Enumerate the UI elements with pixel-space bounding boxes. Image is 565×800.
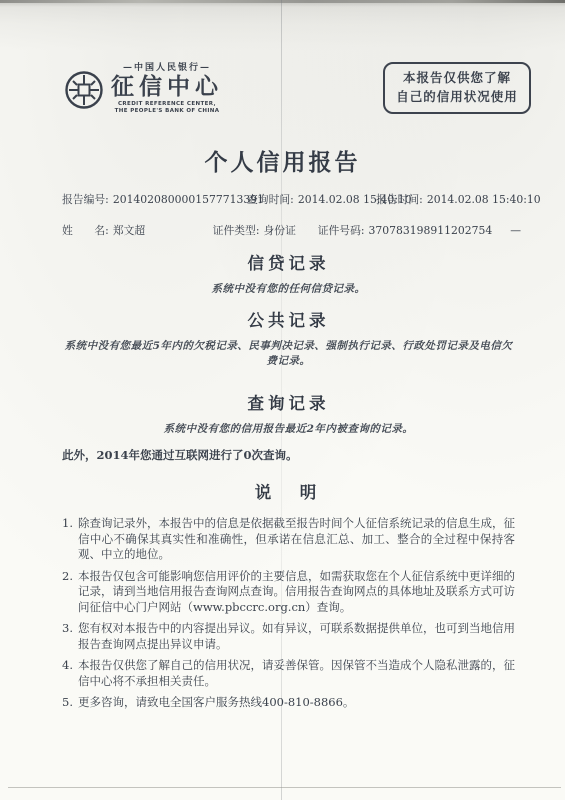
query-time-field: 查询时间:2014.02.08 15:40:10 bbox=[247, 192, 376, 207]
page-title: 个人信用报告 bbox=[0, 144, 565, 177]
explanation-title: 说 明 bbox=[62, 479, 515, 503]
id-number-field: 证件号码:370783198911202754— bbox=[318, 223, 521, 238]
scanned-credit-report-page: —中国人民银行— 征信中心 CREDIT REFERENCE CENTER, T… bbox=[0, 0, 565, 800]
usage-notice-stamp: 本报告仅供您了解 自己的信用状况使用 bbox=[383, 62, 531, 114]
section-title-query: 查询记录 bbox=[62, 390, 515, 414]
item-text: 本报告仅包含可能影响您信用评价的主要信息，如需获取您在个人征信系统中更详细的记录… bbox=[78, 569, 515, 616]
item-number: 3. bbox=[62, 621, 78, 652]
section-note-query: 系统中没有您的信用报告最近2年内被查询的记录。 bbox=[62, 421, 515, 436]
id-number-value: 370783198911202754 bbox=[369, 224, 493, 237]
section-title-credit: 信贷记录 bbox=[62, 250, 515, 274]
report-info-block: 报告编号:2014020800001577713391 查询时间:2014.02… bbox=[62, 192, 521, 254]
item-text: 更多咨询，请致电全国客户服务热线400-810-8866。 bbox=[78, 695, 515, 711]
explanation-item-4: 4. 本报告仅供您了解自己的信用状况，请妥善保管。因保管不当造成个人隐私泄露的，… bbox=[62, 658, 515, 689]
english-name-line1: CREDIT REFERENCE CENTER, bbox=[111, 101, 223, 108]
report-info-row-2: 姓 名:郑文超 证件类型:身份证 证件号码:370783198911202754… bbox=[62, 223, 521, 238]
english-name-line2: THE PEOPLE'S BANK OF CHINA bbox=[111, 108, 223, 115]
explanation-item-3: 3. 您有权对本报告中的内容提出异议。如有异议，可联系数据提供单位，也可到当地信… bbox=[62, 621, 515, 652]
internet-query-count-note: 此外，2014年您通过互联网进行了0次查询。 bbox=[62, 447, 515, 463]
item-number: 4. bbox=[62, 658, 78, 689]
section-note-credit: 系统中没有您的任何信贷记录。 bbox=[62, 281, 515, 296]
name-field: 姓 名:郑文超 bbox=[62, 223, 213, 238]
explanation-item-2: 2. 本报告仅包含可能影响您信用评价的主要信息，如需获取您在个人征信系统中更详细… bbox=[62, 569, 515, 616]
item-number: 2. bbox=[62, 569, 78, 616]
explanation-item-5: 5. 更多咨询，请致电全国客户服务热线400-810-8866。 bbox=[62, 695, 515, 711]
item-number: 1. bbox=[62, 516, 78, 563]
name-label: 姓 名: bbox=[62, 224, 109, 237]
section-note-public: 系统中没有您最近5年内的欠税记录、民事判决记录、强制执行记录、行政处罚记录及电信… bbox=[62, 338, 515, 368]
report-time-label: 报告时间: bbox=[376, 193, 423, 206]
item-text: 除查询记录外，本报告中的信息是依据截至报告时间个人征信系统记录的信息生成，征信中… bbox=[78, 516, 515, 563]
report-info-row-1: 报告编号:2014020800001577713391 查询时间:2014.02… bbox=[62, 192, 521, 207]
notice-line1: 本报告仅供您了解 bbox=[389, 69, 525, 88]
scan-top-edge bbox=[0, 0, 565, 3]
notice-line2: 自己的信用状况使用 bbox=[389, 88, 525, 107]
scan-bottom-edge bbox=[8, 787, 561, 788]
query-time-label: 查询时间: bbox=[247, 193, 294, 206]
explanation-section: 说 明 1. 除查询记录外，本报告中的信息是依据截至报告时间个人征信系统记录的信… bbox=[62, 479, 515, 711]
id-type-value: 身份证 bbox=[263, 224, 295, 237]
id-number-label: 证件号码: bbox=[318, 224, 365, 237]
item-text: 本报告仅供您了解自己的信用状况，请妥善保管。因保管不当造成个人隐私泄露的，征信中… bbox=[78, 658, 515, 689]
section-title-public: 公共记录 bbox=[62, 307, 515, 331]
report-number-field: 报告编号:2014020800001577713391 bbox=[62, 192, 247, 207]
section-public-records: 公共记录 系统中没有您最近5年内的欠税记录、民事判决记录、强制执行记录、行政处罚… bbox=[62, 307, 515, 368]
section-credit-records: 信贷记录 系统中没有您的任何信贷记录。 bbox=[62, 250, 515, 296]
report-time-value: 2014.02.08 15:40:10 bbox=[427, 193, 541, 206]
name-value: 郑文超 bbox=[113, 224, 145, 237]
id-type-field: 证件类型:身份证 bbox=[213, 223, 318, 238]
item-number: 5. bbox=[62, 695, 78, 711]
credit-center-logo: —中国人民银行— 征信中心 CREDIT REFERENCE CENTER, T… bbox=[64, 64, 223, 116]
item-text: 您有权对本报告中的内容提出异议。如有异议，可联系数据提供单位，也可到当地信用报告… bbox=[78, 621, 515, 652]
report-number-label: 报告编号: bbox=[62, 193, 109, 206]
report-body: 信贷记录 系统中没有您的任何信贷记录。 公共记录 系统中没有您最近5年内的欠税记… bbox=[62, 250, 515, 717]
explanation-item-1: 1. 除查询记录外，本报告中的信息是依据截至报告时间个人征信系统记录的信息生成，… bbox=[62, 516, 515, 563]
id-number-dash: — bbox=[510, 224, 521, 237]
report-time-field: 报告时间:2014.02.08 15:40:10 bbox=[376, 192, 541, 207]
pboc-seal-icon bbox=[64, 70, 104, 110]
center-name-text: 征信中心 bbox=[111, 75, 223, 98]
bank-name-text: —中国人民银行— bbox=[111, 64, 223, 73]
section-query-records: 查询记录 系统中没有您的信用报告最近2年内被查询的记录。 此外，2014年您通过… bbox=[62, 390, 515, 463]
report-number-value: 2014020800001577713391 bbox=[113, 193, 264, 206]
id-type-label: 证件类型: bbox=[213, 224, 260, 237]
